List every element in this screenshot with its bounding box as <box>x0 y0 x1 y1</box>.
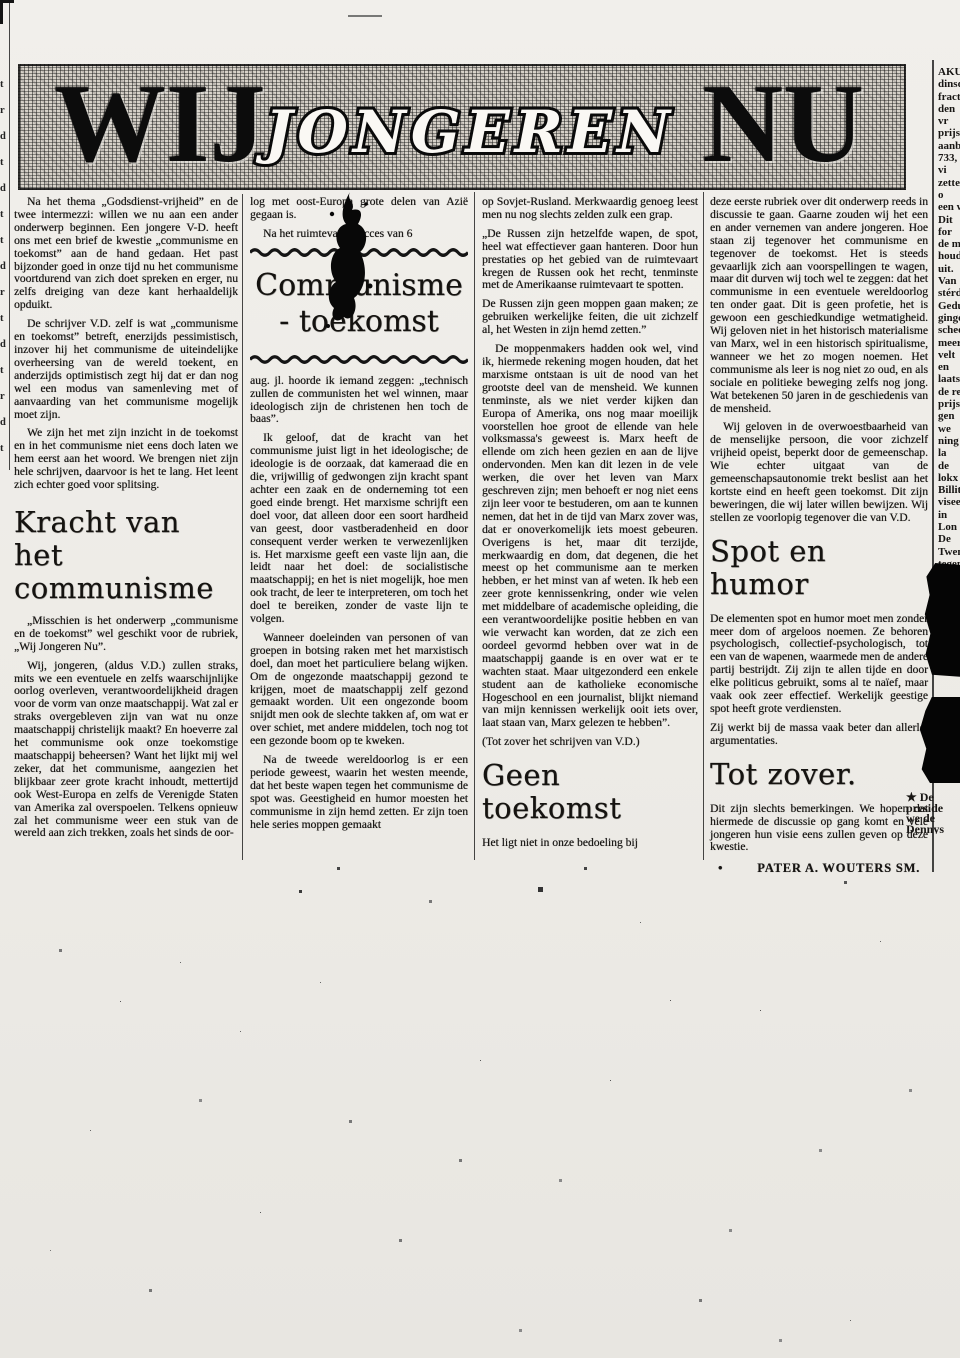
column-divider <box>474 192 475 860</box>
paragraph: Wij geloven in de overwoestbaarheid van … <box>710 421 928 524</box>
paragraph: De schrijver V.D. zelf is wat „communism… <box>14 318 238 421</box>
masthead-word-jongeren-art: JONGEREN <box>220 88 720 174</box>
paragraph: De Russen zijn geen moppen gaan maken; z… <box>482 298 698 337</box>
paragraph: aug. jl. hoorde ik iemand zeggen: „techn… <box>250 375 468 427</box>
scan-corner-mark <box>0 0 3 24</box>
paragraph: Ik geloof, dat de kracht van het communi… <box>250 432 468 626</box>
masthead-banner: WIJ JONGEREN NU <box>18 64 906 190</box>
section-heading-spot-en-humor: Spot en humor <box>710 535 928 601</box>
paragraph: Zij werkt bij de massa vaak beter dan al… <box>710 722 928 748</box>
paragraph: (Tot zover het schrijven van V.D.) <box>482 736 698 749</box>
article-column-3: op Sovjet-Rusland. Merkwaardig genoeg le… <box>482 196 698 856</box>
heading-line: Kracht van <box>14 506 238 539</box>
paragraph: Na de tweede wereldoorlog is er een peri… <box>250 754 468 831</box>
left-page-rule <box>9 0 10 470</box>
paragraph: deze eerste rubriek over dit onderwerp r… <box>710 196 928 415</box>
byline-author: PATER A. WOUTERS SM. <box>757 862 920 875</box>
ink-blot <box>320 190 378 340</box>
masthead-word-nu: NU <box>702 68 864 180</box>
column-divider <box>242 194 243 860</box>
scan-speckles <box>0 0 1 1</box>
paragraph: Het ligt niet in onze bedoeling bij <box>482 837 698 850</box>
article-column-4: deze eerste rubriek over dit onderwerp r… <box>710 196 928 875</box>
right-edge-caption-fragments: ★ De preside we de Dennys <box>906 792 960 834</box>
section-heading-kracht: Kracht van het communisme <box>14 506 238 605</box>
scan-dash-mark <box>348 15 382 17</box>
paragraph: Dit zijn slechts bemerkingen. We hopen d… <box>710 803 928 855</box>
newspaper-page: t r d t d t t d r t d t r d t WIJ JONGER… <box>0 0 960 1358</box>
paragraph: Na het thema „Godsdienst-vrijheid” en de… <box>14 196 238 312</box>
byline: • PATER A. WOUTERS SM. <box>710 862 928 875</box>
right-edge-text-fragments: AKU dinsda fractie den vr prijs aanboo 7… <box>938 66 960 595</box>
left-edge-text-fragments: t r d t d t t d r t d t r d t <box>0 72 9 462</box>
ink-smear-blob <box>924 563 960 677</box>
paragraph: „Misschien is het onderwerp „communisme … <box>14 615 238 654</box>
paragraph: Wij, jongeren, (aldus V.D.) zullen strak… <box>14 660 238 841</box>
column-divider <box>703 192 704 860</box>
paragraph: De elementen spot en humor moet men zond… <box>710 613 928 716</box>
paragraph: Wanneer doeleinden van personen of van g… <box>250 632 468 748</box>
byline-bullet: • <box>718 862 723 875</box>
section-heading-geen-toekomst: Geen toekomst <box>482 759 698 825</box>
wavy-divider-bottom <box>250 354 468 365</box>
masthead-word-jongeren: JONGEREN <box>255 98 675 166</box>
article-column-1: Na het thema „Godsdienst-vrijheid” en de… <box>14 196 238 846</box>
section-heading-tot-zover: Tot zover. <box>710 758 928 791</box>
paragraph: „De Russen zijn hetzelfde wapen, de spot… <box>482 228 698 293</box>
paragraph: We zijn het met zijn inzicht in de toeko… <box>14 427 238 492</box>
paragraph: De moppenmakers hadden ook wel, vind ik,… <box>482 343 698 730</box>
heading-line: het communisme <box>14 539 238 605</box>
paragraph: op Sovjet-Rusland. Merkwaardig genoeg le… <box>482 196 698 222</box>
